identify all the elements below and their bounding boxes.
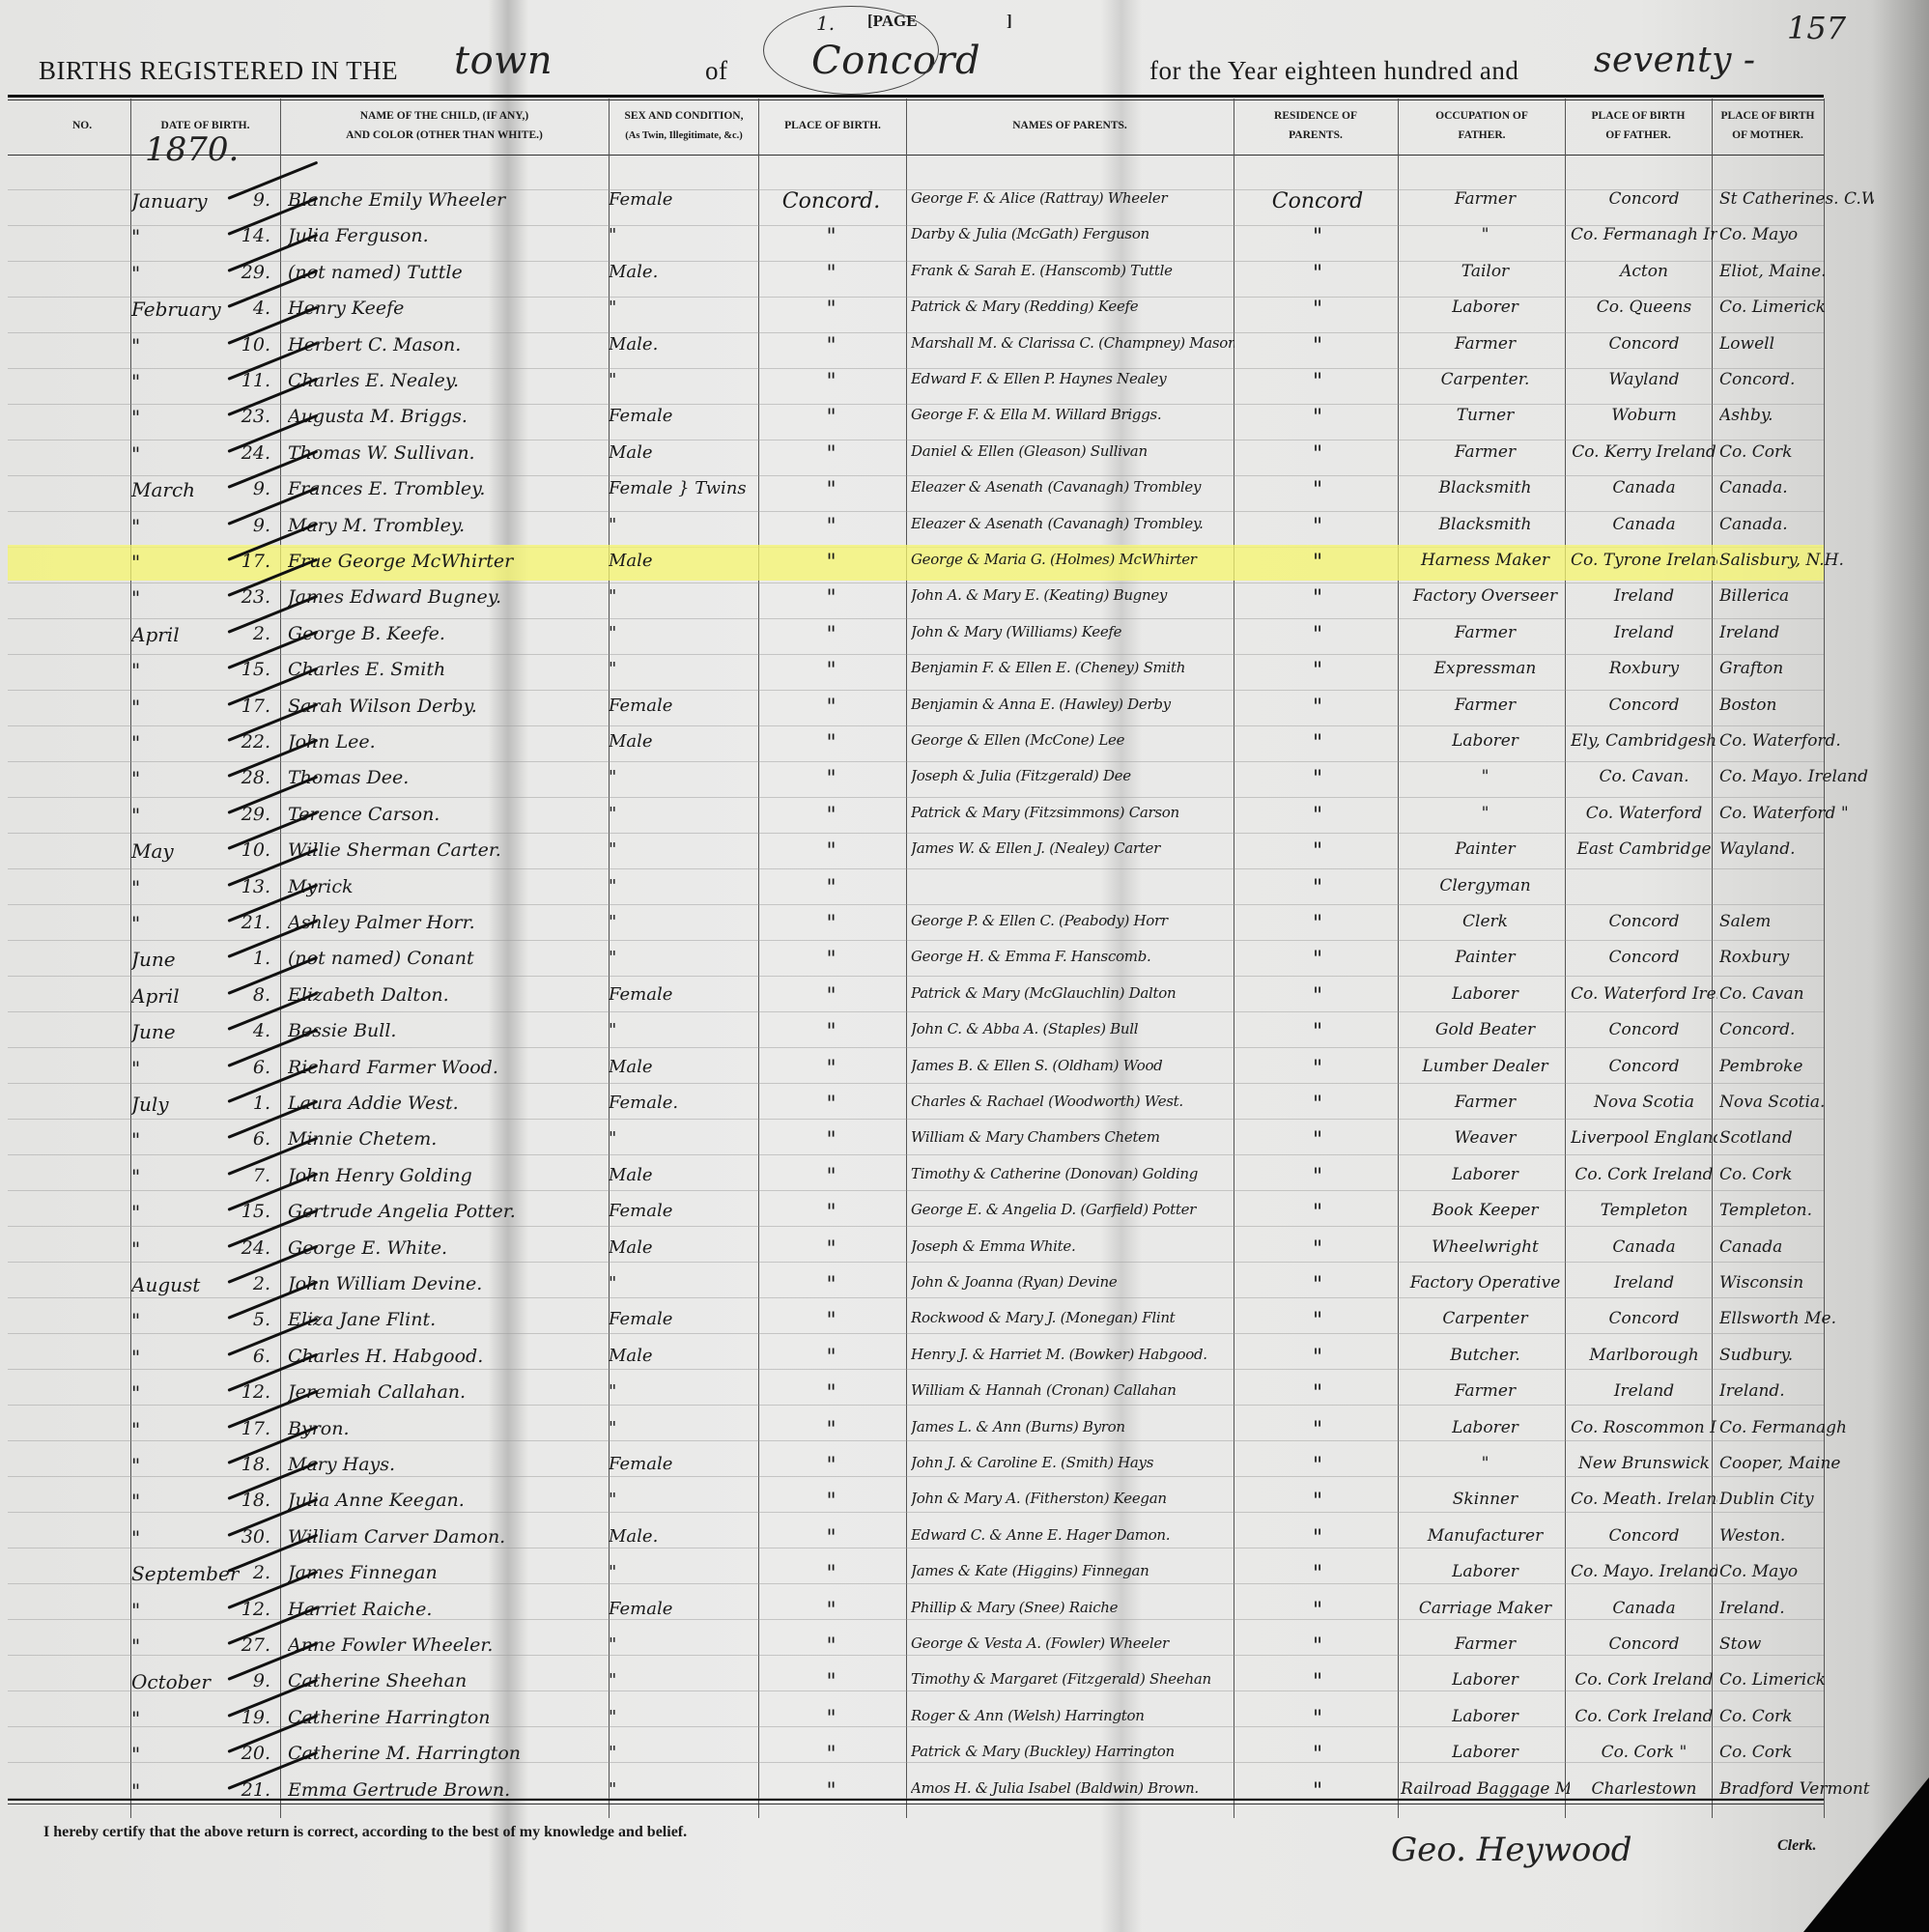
father-birthplace: Concord (1571, 1057, 1717, 1076)
sex-condition: " (609, 1743, 753, 1763)
row-day: 22. (232, 731, 270, 753)
sex-condition: " (609, 515, 753, 535)
row-month: " (131, 1201, 240, 1224)
footer-rule (8, 1804, 1824, 1804)
mother-birthplace: Grafton (1719, 659, 1874, 678)
column-header-place: PLACE OF BIRTH. (760, 116, 905, 159)
parents-residence: " (1236, 586, 1399, 611)
father-birthplace: Canada (1571, 515, 1717, 534)
parents-names: William & Hannah (Cronan) Callahan (911, 1381, 1234, 1399)
row-month: " (131, 1418, 240, 1441)
parents-names: James W. & Ellen J. (Nealey) Carter (911, 839, 1234, 857)
father-birthplace: Concord (1571, 696, 1717, 715)
sex-condition: Female (609, 984, 753, 1005)
parents-names: George & Ellen (McCone) Lee (911, 731, 1234, 749)
page-mark: 1. (816, 12, 835, 35)
sex-condition: Male. (609, 334, 753, 355)
row-day: 20. (232, 1743, 270, 1764)
row-day: 10. (232, 334, 270, 355)
parents-names: Marshall M. & Clarissa C. (Champney) Mas… (911, 334, 1234, 352)
father-birthplace: Ireland (1571, 623, 1717, 642)
row-day: 24. (232, 1237, 270, 1259)
father-birthplace: Co. Meath. Ireland (1571, 1490, 1717, 1509)
row-month: " (131, 1237, 240, 1261)
parents-names: Edward C. & Anne E. Hager Damon. (911, 1526, 1234, 1544)
parents-names: George F. & Alice (Rattray) Wheeler (911, 189, 1234, 207)
parents-names: Timothy & Margaret (Fitzgerald) Sheehan (911, 1670, 1234, 1688)
row-month: " (131, 334, 240, 357)
row-month: " (131, 1165, 240, 1188)
sex-condition: " (609, 1779, 753, 1800)
father-occupation: Turner (1401, 406, 1570, 425)
row-month: " (131, 876, 240, 899)
sex-condition: Male (609, 731, 753, 752)
father-occupation: Tailor (1401, 262, 1570, 281)
row-month: " (131, 1128, 240, 1151)
place-of-birth: " (756, 1057, 906, 1081)
place-of-birth: " (756, 1599, 906, 1623)
column-header-pob-mother: PLACE OF BIRTHOF MOTHER. (1714, 106, 1822, 150)
father-birthplace: Concord (1571, 1526, 1717, 1546)
sex-condition: " (609, 1273, 753, 1293)
mother-birthplace: Co. Cork (1719, 1165, 1874, 1184)
sex-condition: Female } Twins (609, 478, 753, 498)
father-birthplace: Co. Cork Ireland (1571, 1707, 1717, 1726)
sex-condition: Female (609, 1454, 753, 1474)
place-of-birth: " (756, 1020, 906, 1044)
column-header-sex: SEX AND CONDITION,(As Twin, Illegitimate… (610, 106, 757, 150)
parents-residence: " (1236, 1707, 1399, 1731)
row-day: 29. (232, 262, 270, 283)
column-header-name: NAME OF THE CHILD, (IF ANY,)AND COLOR (o… (285, 106, 604, 150)
sex-condition: " (609, 1128, 753, 1149)
row-day: 19. (232, 1707, 270, 1728)
mother-birthplace: Co. Cork (1719, 1743, 1874, 1762)
parents-names: Patrick & Mary (Fitzsimmons) Carson (911, 804, 1234, 821)
father-occupation: Laborer (1401, 1707, 1570, 1726)
father-birthplace: Concord (1571, 912, 1717, 931)
row-month: " (131, 696, 240, 719)
mother-birthplace: Pembroke (1719, 1057, 1874, 1076)
mother-birthplace: Canada. (1719, 478, 1874, 497)
column-header-parents: NAMES OF PARENTS. (908, 116, 1232, 159)
place-of-birth: " (756, 1273, 906, 1297)
mother-birthplace: Weston. (1719, 1526, 1874, 1546)
father-birthplace: Concord (1571, 1020, 1717, 1039)
parents-residence: " (1236, 1599, 1399, 1623)
parents-names: William & Mary Chambers Chetem (911, 1128, 1234, 1146)
parents-residence: " (1236, 1743, 1399, 1767)
place-of-birth: " (756, 767, 906, 791)
row-month: " (131, 1707, 240, 1730)
of-label: of (705, 56, 728, 86)
row-month: " (131, 262, 240, 285)
parents-names: James & Kate (Higgins) Finnegan (911, 1562, 1234, 1579)
parents-residence: " (1236, 1418, 1399, 1442)
year-written: seventy - (1594, 41, 1756, 80)
sex-condition: " (609, 1020, 753, 1040)
sex-condition: Female (609, 1309, 753, 1329)
mother-birthplace: St Catherines. C.W. (1719, 189, 1874, 209)
mother-birthplace: Nova Scotia. (1719, 1093, 1874, 1112)
father-occupation: " (1401, 1454, 1570, 1473)
father-occupation: Expressman (1401, 659, 1570, 678)
row-month: " (131, 804, 240, 827)
father-birthplace: Canada (1571, 1237, 1717, 1257)
row-month: " (131, 767, 240, 790)
parents-names: Darby & Julia (McGath) Ferguson (911, 225, 1234, 242)
parents-names: Henry J. & Harriet M. (Bowker) Habgood. (911, 1346, 1234, 1363)
parents-residence: " (1236, 262, 1399, 286)
mother-birthplace: Roxbury (1719, 948, 1874, 967)
certification-statement: I hereby certify that the above return i… (43, 1824, 687, 1841)
sex-condition: Male (609, 1237, 753, 1258)
row-day: 11. (232, 370, 270, 391)
parents-names: John J. & Caroline E. (Smith) Hays (911, 1454, 1234, 1471)
parents-names: James L. & Ann (Burns) Byron (911, 1418, 1234, 1435)
place-of-birth: " (756, 1454, 906, 1478)
place-of-birth: " (756, 948, 906, 972)
row-month: " (131, 586, 240, 610)
place-of-birth: " (756, 298, 906, 322)
parents-names: John & Joanna (Ryan) Devine (911, 1273, 1234, 1291)
sex-condition: Male. (609, 262, 753, 282)
sex-condition: " (609, 912, 753, 932)
father-occupation: Painter (1401, 839, 1570, 859)
mother-birthplace: Cooper, Maine (1719, 1454, 1874, 1473)
row-month: " (131, 912, 240, 935)
parents-residence: " (1236, 804, 1399, 828)
row-day: 6. (232, 1057, 270, 1078)
row-day: 1. (232, 1093, 270, 1114)
sex-condition: " (609, 225, 753, 245)
row-day: 2. (232, 1562, 270, 1583)
row-month: " (131, 442, 240, 466)
parents-residence: " (1236, 406, 1399, 430)
row-month: " (131, 1634, 240, 1658)
mother-birthplace: Co. Mayo (1719, 225, 1874, 244)
row-day: 4. (232, 1020, 270, 1041)
year-prefix: for the Year eighteen hundred and (1149, 56, 1518, 86)
father-occupation: Farmer (1401, 442, 1570, 462)
sex-condition: " (609, 948, 753, 968)
row-month: " (131, 1309, 240, 1332)
place-of-birth: " (756, 1526, 906, 1550)
mother-birthplace: Co. Waterford. (1719, 731, 1874, 751)
sex-condition: " (609, 659, 753, 679)
parents-residence: " (1236, 1526, 1399, 1550)
father-birthplace: Roxbury (1571, 659, 1717, 678)
title-prefix: BIRTHS REGISTERED IN THE (39, 56, 398, 86)
mother-birthplace: Lowell (1719, 334, 1874, 354)
parents-names: Phillip & Mary (Snee) Raiche (911, 1599, 1234, 1616)
father-birthplace: Co. Roscommon Ireland (1571, 1418, 1717, 1437)
place-of-birth: " (756, 1418, 906, 1442)
parents-residence: " (1236, 1165, 1399, 1189)
row-month: " (131, 551, 240, 574)
row-month: " (131, 1490, 240, 1513)
place-of-birth: " (756, 696, 906, 720)
place-of-birth: " (756, 1165, 906, 1189)
mother-birthplace: Eliot, Maine. (1719, 262, 1874, 281)
parents-names: Eleazer & Asenath (Cavanagh) Trombley. (911, 515, 1234, 532)
father-birthplace: Ireland (1571, 1381, 1717, 1401)
parents-names: Charles & Rachael (Woodworth) West. (911, 1093, 1234, 1110)
father-occupation: Farmer (1401, 623, 1570, 642)
parents-residence: " (1236, 1309, 1399, 1333)
row-month: " (131, 225, 240, 248)
sex-condition: " (609, 586, 753, 607)
row-day: 18. (232, 1454, 270, 1475)
place-of-birth: " (756, 912, 906, 936)
place-of-birth: " (756, 1634, 906, 1659)
parents-names: John C. & Abba A. (Staples) Bull (911, 1020, 1234, 1037)
row-day: 2. (232, 1273, 270, 1294)
sex-condition: Male (609, 1165, 753, 1185)
parents-names: Patrick & Mary (Buckley) Harrington (911, 1743, 1234, 1760)
parents-residence: " (1236, 515, 1399, 539)
place-of-birth: " (756, 839, 906, 864)
parents-names: Edward F. & Ellen P. Haynes Nealey (911, 370, 1234, 387)
mother-birthplace: Co. Waterford " (1719, 804, 1874, 823)
register-page: BIRTHS REGISTERED IN THE town of Concord… (0, 0, 1929, 1932)
mother-birthplace: Ireland (1719, 623, 1874, 642)
row-month: April (131, 984, 240, 1008)
sheet-number: 157 (1787, 10, 1846, 46)
father-occupation: Blacksmith (1401, 515, 1570, 534)
parents-residence: " (1236, 1201, 1399, 1225)
mother-birthplace: Co. Fermanagh (1719, 1418, 1874, 1437)
parents-names: Timothy & Catherine (Donovan) Golding (911, 1165, 1234, 1182)
parents-residence: Concord (1236, 189, 1399, 213)
parents-names: George F. & Ella M. Willard Briggs. (911, 406, 1234, 423)
row-month: " (131, 406, 240, 429)
father-birthplace: Liverpool England (1571, 1128, 1717, 1148)
father-occupation: Painter (1401, 948, 1570, 967)
father-occupation: Farmer (1401, 334, 1570, 354)
parents-names: Benjamin & Anna E. (Hawley) Derby (911, 696, 1234, 713)
father-birthplace: Co. Cavan. (1571, 767, 1717, 786)
place-of-birth: " (756, 1743, 906, 1767)
row-month: February (131, 298, 240, 321)
row-month: " (131, 370, 240, 393)
row-month: September (131, 1562, 240, 1585)
father-occupation: Weaver (1401, 1128, 1570, 1148)
mother-birthplace: Co. Limerick (1719, 1670, 1874, 1690)
parents-names: Roger & Ann (Welsh) Harrington (911, 1707, 1234, 1724)
row-day: 17. (232, 551, 270, 572)
parents-residence: " (1236, 1490, 1399, 1514)
father-occupation: Gold Beater (1401, 1020, 1570, 1039)
parents-residence: " (1236, 984, 1399, 1009)
father-occupation: Laborer (1401, 1418, 1570, 1437)
row-day: 8. (232, 984, 270, 1006)
father-birthplace: New Brunswick (1571, 1454, 1717, 1473)
mother-birthplace: Stow (1719, 1634, 1874, 1654)
row-month: " (131, 515, 240, 538)
father-occupation: " (1401, 225, 1570, 244)
parents-names: George & Maria G. (Holmes) McWhirter (911, 551, 1234, 568)
mother-birthplace: Co. Cavan (1719, 984, 1874, 1004)
parents-names: George E. & Angelia D. (Garfield) Potter (911, 1201, 1234, 1218)
parents-residence: " (1236, 225, 1399, 249)
parents-residence: " (1236, 876, 1399, 900)
row-month: " (131, 1454, 240, 1477)
mother-birthplace: Co. Cork (1719, 1707, 1874, 1726)
row-day: 9. (232, 515, 270, 536)
sex-condition: Female (609, 189, 753, 210)
row-month: June (131, 948, 240, 971)
father-birthplace: East Cambridge (1571, 839, 1717, 859)
parents-residence: " (1236, 442, 1399, 467)
row-day: 21. (232, 1779, 270, 1801)
parents-residence: " (1236, 1346, 1399, 1370)
place-of-birth: " (756, 334, 906, 358)
sex-condition: Male (609, 442, 753, 463)
sex-condition: Male (609, 1346, 753, 1366)
place-of-birth: " (756, 370, 906, 394)
column-header-pob-father: PLACE OF BIRTHOF FATHER. (1567, 106, 1710, 150)
row-day: 27. (232, 1634, 270, 1656)
mother-birthplace: Ashby. (1719, 406, 1874, 425)
place-of-birth: " (756, 659, 906, 683)
row-day: 23. (232, 406, 270, 427)
father-occupation: Railroad Baggage Master (1401, 1779, 1570, 1799)
father-occupation: Farmer (1401, 1093, 1570, 1112)
mother-birthplace: Billerica (1719, 586, 1874, 606)
parents-residence: " (1236, 767, 1399, 791)
row-month: " (131, 1346, 240, 1369)
place-of-birth: " (756, 225, 906, 249)
row-month: July (131, 1093, 240, 1116)
parents-residence: " (1236, 1128, 1399, 1152)
row-day: 14. (232, 225, 270, 246)
father-occupation: Manufacturer (1401, 1526, 1570, 1546)
row-day: 6. (232, 1128, 270, 1150)
parents-residence: " (1236, 1057, 1399, 1081)
parents-residence: " (1236, 298, 1399, 322)
father-birthplace: Co. Waterford (1571, 804, 1717, 823)
page-label: [PAGE (867, 12, 918, 31)
father-birthplace: Concord (1571, 189, 1717, 209)
parents-names: Rockwood & Mary J. (Monegan) Flint (911, 1309, 1234, 1326)
father-occupation: Carriage Maker (1401, 1599, 1570, 1618)
father-occupation: " (1401, 804, 1570, 823)
mother-birthplace: Sudbury. (1719, 1346, 1874, 1365)
town-type: town (454, 39, 553, 83)
parents-names: George P. & Ellen C. (Peabody) Horr (911, 912, 1234, 929)
row-day: 13. (232, 876, 270, 897)
father-occupation: Farmer (1401, 1634, 1570, 1654)
father-occupation: Skinner (1401, 1490, 1570, 1509)
sex-condition: " (609, 298, 753, 318)
row-month: " (131, 1743, 240, 1766)
row-day: 1. (232, 948, 270, 969)
sex-condition: Male. (609, 1526, 753, 1547)
father-birthplace: Ely, Cambridgeshire Eng. (1571, 731, 1717, 751)
father-birthplace: Co. Waterford Ireland (1571, 984, 1717, 1004)
parents-names: Amos H. & Julia Isabel (Baldwin) Brown. (911, 1779, 1234, 1797)
father-birthplace: Concord (1571, 334, 1717, 354)
row-month: October (131, 1670, 240, 1693)
parents-residence: " (1236, 1562, 1399, 1586)
column-header-residence: RESIDENCE OFPARENTS. (1235, 106, 1396, 150)
parents-residence: " (1236, 1454, 1399, 1478)
row-day: 28. (232, 767, 270, 788)
mother-birthplace: Concord. (1719, 370, 1874, 389)
parents-names: Joseph & Julia (Fitzgerald) Dee (911, 767, 1234, 784)
clerk-signature: Geo. Heywood (1391, 1831, 1632, 1869)
parents-residence: " (1236, 1634, 1399, 1659)
father-birthplace: Co. Fermanagh Ireland (1571, 225, 1717, 244)
father-birthplace: Acton (1571, 262, 1717, 281)
place-of-birth: " (756, 1128, 906, 1152)
father-occupation: Carpenter (1401, 1309, 1570, 1328)
parents-residence: " (1236, 1670, 1399, 1694)
parents-names: John & Mary (Williams) Keefe (911, 623, 1234, 640)
sex-condition: " (609, 1634, 753, 1655)
sex-condition: Female (609, 1201, 753, 1221)
place-of-birth: " (756, 1490, 906, 1514)
sex-condition: " (609, 1381, 753, 1402)
place-of-birth: " (756, 623, 906, 647)
row-day: 9. (232, 189, 270, 211)
page-title: BIRTHS REGISTERED IN THE town of Concord… (39, 39, 1874, 97)
page-label-close: ] (1007, 12, 1012, 31)
sex-condition: " (609, 839, 753, 860)
row-month: " (131, 1599, 240, 1622)
parents-names: George H. & Emma F. Hanscomb. (911, 948, 1234, 965)
scan-corner-shadow (1803, 1777, 1929, 1932)
column-header-no: NO. (39, 116, 126, 159)
parents-names: Joseph & Emma White. (911, 1237, 1234, 1255)
place-of-birth: " (756, 406, 906, 430)
father-birthplace: Co. Tyrone Ireland (1571, 551, 1717, 570)
mother-birthplace: Salisbury, N.H. (1719, 551, 1874, 570)
row-day: 6. (232, 1346, 270, 1367)
parents-names: John & Mary A. (Fitherston) Keegan (911, 1490, 1234, 1507)
father-occupation: Laborer (1401, 1165, 1570, 1184)
sex-condition: Male (609, 1057, 753, 1077)
row-day: 21. (232, 912, 270, 933)
mother-birthplace: Wisconsin (1719, 1273, 1874, 1293)
father-occupation: Laborer (1401, 984, 1570, 1004)
row-day: 17. (232, 1418, 270, 1439)
row-day: 30. (232, 1526, 270, 1548)
place-of-birth: " (756, 551, 906, 575)
parents-names: Benjamin F. & Ellen E. (Cheney) Smith (911, 659, 1234, 676)
parents-residence: " (1236, 478, 1399, 502)
sex-condition: " (609, 1490, 753, 1510)
mother-birthplace: Co. Cork (1719, 442, 1874, 462)
mother-birthplace: Canada. (1719, 515, 1874, 534)
sex-condition: Male (609, 551, 753, 571)
row-month: June (131, 1020, 240, 1043)
row-day: 15. (232, 1201, 270, 1222)
row-day: 18. (232, 1490, 270, 1511)
father-occupation: Harness Maker (1401, 551, 1570, 570)
sex-condition: " (609, 767, 753, 787)
place-of-birth: " (756, 1670, 906, 1694)
sex-condition: " (609, 804, 753, 824)
row-month: " (131, 1381, 240, 1405)
row-day: 17. (232, 696, 270, 717)
row-month: " (131, 1057, 240, 1080)
sex-condition: Female. (609, 1093, 753, 1113)
mother-birthplace: Ireland. (1719, 1381, 1874, 1401)
mother-birthplace: Co. Mayo (1719, 1562, 1874, 1581)
row-day: 15. (232, 659, 270, 680)
